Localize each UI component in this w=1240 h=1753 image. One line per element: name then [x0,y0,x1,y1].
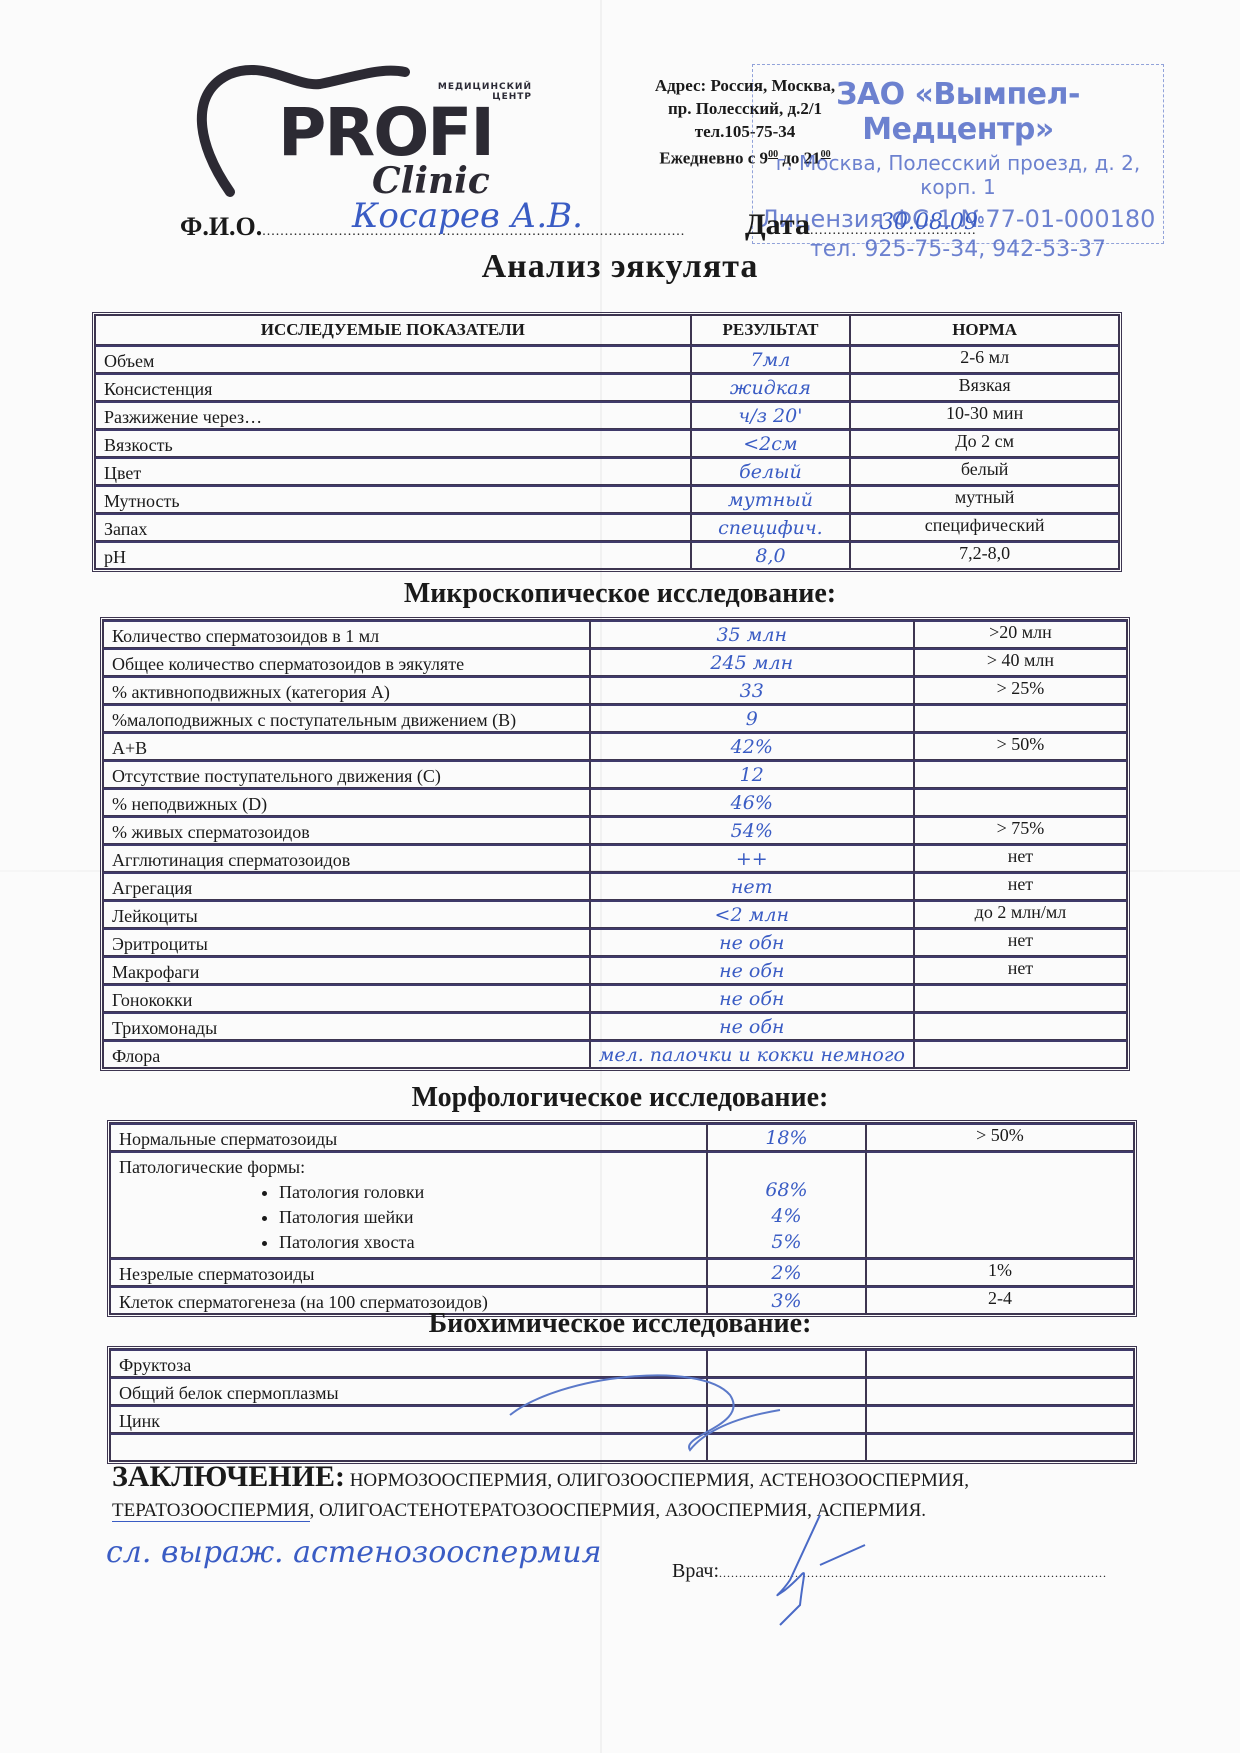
row-label: Агрегация [103,872,590,900]
row-norm: 1% [866,1258,1134,1286]
row-label: Запах [95,513,691,541]
table-row: КонсистенцияжидкаяВязкая [95,373,1119,401]
table-row: Агрегациянетнет [103,872,1127,900]
date-value: 30.08.09 [880,210,978,235]
row-label: Отсутствие поступательного движения (С) [103,760,590,788]
table-row: Разжижение через…ч/з 20'10-30 мин [95,401,1119,429]
crossout-scribble-icon [500,1355,800,1455]
table-row: Гонококкине обн [103,984,1127,1012]
row-norm: 7,2-8,0 [850,541,1119,569]
row-label: %малоподвижных с поступательным движение… [103,704,590,732]
row-label: Нормальные сперматозоиды [110,1123,707,1151]
row-label: pH [95,541,691,569]
conclusion-handwritten-note: сл. выраж. астенозооспермия [106,1535,601,1570]
micro-table: Количество сперматозоидов в 1 мл35 млн>2… [100,617,1130,1071]
row-result: 5% [716,1229,857,1255]
table-row: % активноподвижных (категория А)33> 25% [103,676,1127,704]
row-norm: > 40 млн [914,648,1127,676]
table-row: Эритроцитыне обннет [103,928,1127,956]
list-item: Патология хвоста [279,1230,698,1255]
row-result: не обн [590,956,914,984]
row-label: Флора [103,1040,590,1068]
row-label: % живых сперматозоидов [103,816,590,844]
row-label: Общее количество сперматозоидов в эякуля… [103,648,590,676]
logo-brand: PROFI [278,100,493,166]
row-result: 46% [590,788,914,816]
row-result: 7мл [691,345,851,373]
row-result: мутный [691,485,851,513]
row-norm: 10-30 мин [850,401,1119,429]
table-row: Макрофагине обннет [103,956,1127,984]
row-norm: > 75% [914,816,1127,844]
list-item: Патология шейки [279,1205,698,1230]
row-label: Разжижение через… [95,401,691,429]
row-norm: нет [914,928,1127,956]
table-row: Цветбелыйбелый [95,457,1119,485]
document-title: Анализ эякулята [0,248,1240,286]
row-label: % неподвижных (D) [103,788,590,816]
row-label: Трихомонады [103,1012,590,1040]
row-norm: До 2 см [850,429,1119,457]
row-result: 54% [590,816,914,844]
row-result: ++ [590,844,914,872]
row-label: Мутность [95,485,691,513]
list-item: Патология головки [279,1180,698,1205]
row-result: 33 [590,676,914,704]
col-header-result: РЕЗУЛЬТАТ [691,315,851,345]
table-row: Отсутствие поступательного движения (С)1… [103,760,1127,788]
row-norm [914,1012,1127,1040]
row-result: мел. палочки и кокки немного [590,1040,914,1068]
row-label: Эритроциты [103,928,590,956]
table-row: Флорамел. палочки и кокки немного [103,1040,1127,1068]
row-norm [914,704,1127,732]
row-result: <2 млн [590,900,914,928]
col-header-norm: НОРМА [850,315,1119,345]
table-row: Общее количество сперматозоидов в эякуля… [103,648,1127,676]
row-label: Гонококки [103,984,590,1012]
row-result: <2см [691,429,851,457]
col-header-parameter: ИССЛЕДУЕМЫЕ ПОКАЗАТЕЛИ [95,315,691,345]
row-norm: белый [850,457,1119,485]
section-title-biochem: Биохимическое исследование: [0,1308,1240,1340]
row-label: А+В [103,732,590,760]
doctor-signature-icon [760,1510,900,1630]
table-row: Нормальные сперматозоиды 18% > 50% [110,1123,1134,1151]
row-label: Патологические формы: [119,1157,698,1178]
row-result: жидкая [691,373,851,401]
row-norm: Вязкая [850,373,1119,401]
table-row: %малоподвижных с поступательным движение… [103,704,1127,732]
row-result: 4% [716,1203,857,1229]
row-norm: нет [914,872,1127,900]
row-result: 18% [707,1123,866,1151]
row-label: Количество сперматозоидов в 1 мл [103,620,590,648]
table-row: А+В42%> 50% [103,732,1127,760]
row-norm [914,1040,1127,1068]
macro-table: ИССЛЕДУЕМЫЕ ПОКАЗАТЕЛИ РЕЗУЛЬТАТ НОРМА О… [92,312,1122,572]
row-norm: нет [914,956,1127,984]
table-row: % неподвижных (D)46% [103,788,1127,816]
row-result: не обн [590,984,914,1012]
patient-name-value: Косарев А.В. [352,196,583,236]
row-result: 2% [707,1258,866,1286]
row-label: Объем [95,345,691,373]
table-row: pH8,07,2-8,0 [95,541,1119,569]
row-result: 68% [716,1177,857,1203]
row-norm [914,984,1127,1012]
row-norm [914,788,1127,816]
row-label: Консистенция [95,373,691,401]
table-row: Запахспецифич.специфический [95,513,1119,541]
row-norm: >20 млн [914,620,1127,648]
table-row-pathology: Патологические формы: Патология головки … [110,1151,1134,1258]
table-row: % живых сперматозоидов54%> 75% [103,816,1127,844]
row-label: % активноподвижных (категория А) [103,676,590,704]
row-norm: до 2 млн/мл [914,900,1127,928]
row-result: нет [590,872,914,900]
morph-table: Нормальные сперматозоиды 18% > 50% Патол… [107,1120,1137,1317]
row-norm [866,1377,1134,1405]
row-norm: > 50% [866,1123,1134,1151]
row-norm [866,1405,1134,1433]
row-label: Лейкоциты [103,900,590,928]
row-norm: 2-6 мл [850,345,1119,373]
row-result: 8,0 [691,541,851,569]
table-row: Объем7мл2-6 мл [95,345,1119,373]
conclusion-label: ЗАКЛЮЧЕНИЕ: [112,1460,345,1493]
row-label: Агглютинация сперматозоидов [103,844,590,872]
table-row: Незрелые сперматозоиды 2% 1% [110,1258,1134,1286]
table-row: Мутностьмутныймутный [95,485,1119,513]
row-result: 9 [590,704,914,732]
row-label: Цвет [95,457,691,485]
row-result: специфич. [691,513,851,541]
row-label: Вязкость [95,429,691,457]
row-norm: специфический [850,513,1119,541]
section-title-micro: Микроскопическое исследование: [0,578,1240,610]
row-norm [866,1151,1134,1258]
table-row: Вязкость<2смДо 2 см [95,429,1119,457]
row-norm: мутный [850,485,1119,513]
row-result: 12 [590,760,914,788]
row-result: не обн [590,928,914,956]
conclusion-options: НОРМОЗООСПЕРМИЯ, ОЛИГОЗООСПЕРМИЯ, АСТЕНО… [345,1470,969,1491]
row-norm [866,1349,1134,1377]
section-title-morph: Морфологическое исследование: [0,1082,1240,1114]
table-row: Лейкоциты<2 млндо 2 млн/мл [103,900,1127,928]
conclusion-selected: ТЕРАТОЗООСПЕРМИЯ [112,1500,310,1522]
row-result: не обн [590,1012,914,1040]
row-norm [914,760,1127,788]
row-result: 42% [590,732,914,760]
clinic-logo: МЕДИЦИНСКИЙ ЦЕНТР PROFI Clinic [190,62,540,202]
row-norm: > 50% [914,732,1127,760]
row-result: 245 млн [590,648,914,676]
table-row: Агглютинация сперматозоидов++нет [103,844,1127,872]
table-row: Количество сперматозоидов в 1 мл35 млн>2… [103,620,1127,648]
table-row: Трихомонадыне обн [103,1012,1127,1040]
row-norm [866,1433,1134,1461]
conclusion-block: ЗАКЛЮЧЕНИЕ: НОРМОЗООСПЕРМИЯ, ОЛИГОЗООСПЕ… [112,1462,1152,1526]
row-label: Незрелые сперматозоиды [110,1258,707,1286]
row-norm: > 25% [914,676,1127,704]
row-result: 35 млн [590,620,914,648]
row-result: белый [691,457,851,485]
row-label: Макрофаги [103,956,590,984]
row-norm: нет [914,844,1127,872]
row-result: ч/з 20' [691,401,851,429]
